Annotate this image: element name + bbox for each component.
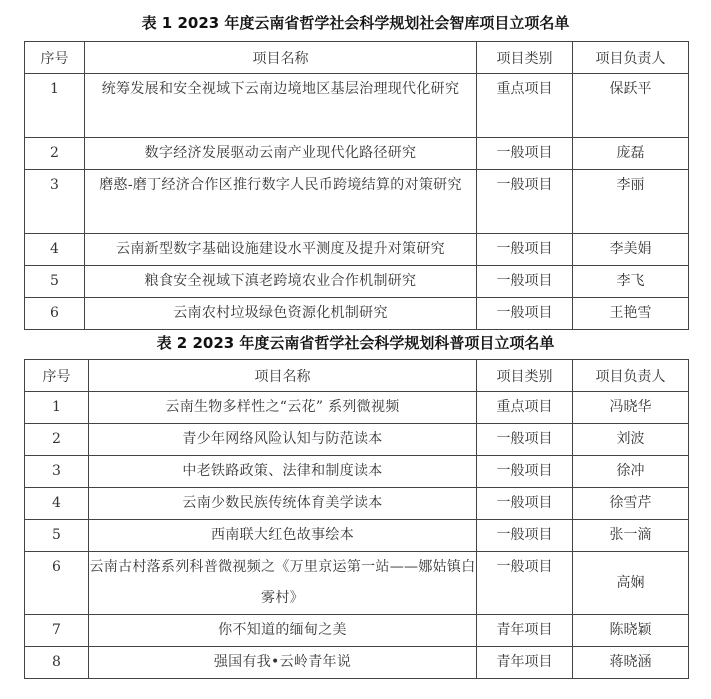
project-category: 重点项目 bbox=[477, 392, 572, 423]
project-leader: 李美娟 bbox=[573, 234, 688, 265]
project-leader: 庞磊 bbox=[573, 138, 688, 169]
table-row: 3 磨憨-磨丁经济合作区推行数字人民币跨境结算的对策研究 一般项目 李丽 bbox=[25, 170, 689, 234]
project-leader: 李飞 bbox=[573, 266, 688, 297]
table-row: 6 云南古村落系列科普微视频之《万里京运第一站——娜姑镇白雾村》 一般项目 高娴 bbox=[25, 552, 689, 615]
row-no: 3 bbox=[25, 456, 88, 487]
row-no: 3 bbox=[25, 170, 84, 201]
project-name: 磨憨-磨丁经济合作区推行数字人民币跨境结算的对策研究 bbox=[85, 170, 476, 201]
table-row: 5 西南联大红色故事绘本 一般项目 张一滴 bbox=[25, 520, 689, 552]
header-name: 项目名称 bbox=[85, 42, 477, 74]
project-category: 青年项目 bbox=[477, 647, 572, 678]
row-no: 2 bbox=[25, 424, 88, 455]
table-row: 7 你不知道的缅甸之美 青年项目 陈晓颖 bbox=[25, 615, 689, 647]
row-no: 5 bbox=[25, 520, 88, 551]
project-name: 你不知道的缅甸之美 bbox=[89, 615, 476, 646]
project-name: 中老铁路政策、法律和制度读本 bbox=[89, 456, 476, 487]
table-row: 4 云南新型数字基础设施建设水平测度及提升对策研究 一般项目 李美娟 bbox=[25, 234, 689, 266]
table1-smart-think-tank-projects: 序号 项目名称 项目类别 项目负责人 1 统筹发展和安全视域下云南边境地区基层治… bbox=[24, 41, 689, 330]
table-row: 2 数字经济发展驱动云南产业现代化路径研究 一般项目 庞磊 bbox=[25, 138, 689, 170]
project-category: 一般项目 bbox=[477, 138, 572, 169]
project-leader: 徐冲 bbox=[573, 456, 688, 487]
project-category: 一般项目 bbox=[477, 520, 572, 551]
row-no: 1 bbox=[25, 74, 84, 105]
header-no: 序号 bbox=[25, 42, 85, 74]
table-row: 2 青少年网络风险认知与防范读本 一般项目 刘波 bbox=[25, 424, 689, 456]
table1-header-row: 序号 项目名称 项目类别 项目负责人 bbox=[25, 42, 689, 74]
project-leader: 王艳雪 bbox=[573, 298, 688, 329]
header-no: 序号 bbox=[25, 360, 89, 392]
table-row: 6 云南农村垃圾绿色资源化机制研究 一般项目 王艳雪 bbox=[25, 298, 689, 330]
project-leader: 冯晓华 bbox=[573, 392, 688, 423]
project-name: 青少年网络风险认知与防范读本 bbox=[89, 424, 476, 455]
project-leader: 保跃平 bbox=[573, 74, 688, 105]
project-name: 云南新型数字基础设施建设水平测度及提升对策研究 bbox=[85, 234, 476, 265]
project-leader: 李丽 bbox=[573, 170, 688, 201]
row-no: 8 bbox=[25, 647, 88, 678]
project-category: 一般项目 bbox=[477, 170, 572, 201]
header-leader: 项目负责人 bbox=[573, 42, 689, 74]
row-no: 6 bbox=[25, 298, 84, 329]
table2-header-row: 序号 项目名称 项目类别 项目负责人 bbox=[25, 360, 689, 392]
header-category: 项目类别 bbox=[477, 42, 573, 74]
project-category: 一般项目 bbox=[477, 266, 572, 297]
table-row: 1 云南生物多样性之“云花” 系列微视频 重点项目 冯晓华 bbox=[25, 392, 689, 424]
project-name: 粮食安全视域下滇老跨境农业合作机制研究 bbox=[85, 266, 476, 297]
row-no: 5 bbox=[25, 266, 84, 297]
project-name: 强国有我•云岭青年说 bbox=[89, 647, 476, 678]
row-no: 4 bbox=[25, 488, 88, 519]
row-no: 7 bbox=[25, 615, 88, 646]
project-name: 云南古村落系列科普微视频之《万里京运第一站——娜姑镇白雾村》 bbox=[89, 552, 476, 614]
table-row: 5 粮食安全视域下滇老跨境农业合作机制研究 一般项目 李飞 bbox=[25, 266, 689, 298]
header-category: 项目类别 bbox=[477, 360, 573, 392]
table-row: 4 云南少数民族传统体育美学读本 一般项目 徐雪芹 bbox=[25, 488, 689, 520]
row-no: 6 bbox=[25, 552, 88, 583]
table1-caption: 表 1 2023 年度云南省哲学社会科学规划社会智库项目立项名单 bbox=[0, 13, 711, 33]
project-category: 一般项目 bbox=[477, 234, 572, 265]
project-category: 重点项目 bbox=[477, 74, 572, 105]
project-leader: 张一滴 bbox=[573, 520, 688, 551]
table-row: 8 强国有我•云岭青年说 青年项目 蒋晓涵 bbox=[25, 647, 689, 679]
table-row: 1 统筹发展和安全视域下云南边境地区基层治理现代化研究 重点项目 保跃平 bbox=[25, 74, 689, 138]
project-name: 统筹发展和安全视域下云南边境地区基层治理现代化研究 bbox=[85, 74, 476, 105]
table-row: 3 中老铁路政策、法律和制度读本 一般项目 徐冲 bbox=[25, 456, 689, 488]
project-leader: 刘波 bbox=[573, 424, 688, 455]
header-leader: 项目负责人 bbox=[573, 360, 689, 392]
project-category: 一般项目 bbox=[477, 424, 572, 455]
project-category: 一般项目 bbox=[477, 552, 572, 583]
project-name: 云南生物多样性之“云花” 系列微视频 bbox=[89, 392, 476, 423]
project-category: 青年项目 bbox=[477, 615, 572, 646]
table2-caption: 表 2 2023 年度云南省哲学社会科学规划科普项目立项名单 bbox=[0, 333, 711, 353]
project-name: 云南少数民族传统体育美学读本 bbox=[89, 488, 476, 519]
row-no: 4 bbox=[25, 234, 84, 265]
project-leader: 陈晓颖 bbox=[573, 615, 688, 646]
header-name: 项目名称 bbox=[89, 360, 477, 392]
project-leader: 徐雪芹 bbox=[573, 488, 688, 519]
project-leader: 蒋晓涵 bbox=[573, 647, 688, 678]
table2-popular-science-projects: 序号 项目名称 项目类别 项目负责人 1 云南生物多样性之“云花” 系列微视频 … bbox=[24, 359, 689, 679]
project-name: 数字经济发展驱动云南产业现代化路径研究 bbox=[85, 138, 476, 169]
row-no: 1 bbox=[25, 392, 88, 423]
project-category: 一般项目 bbox=[477, 298, 572, 329]
project-leader: 高娴 bbox=[573, 568, 688, 599]
row-no: 2 bbox=[25, 138, 84, 169]
project-category: 一般项目 bbox=[477, 488, 572, 519]
project-category: 一般项目 bbox=[477, 456, 572, 487]
project-name: 云南农村垃圾绿色资源化机制研究 bbox=[85, 298, 476, 329]
project-name: 西南联大红色故事绘本 bbox=[89, 520, 476, 551]
